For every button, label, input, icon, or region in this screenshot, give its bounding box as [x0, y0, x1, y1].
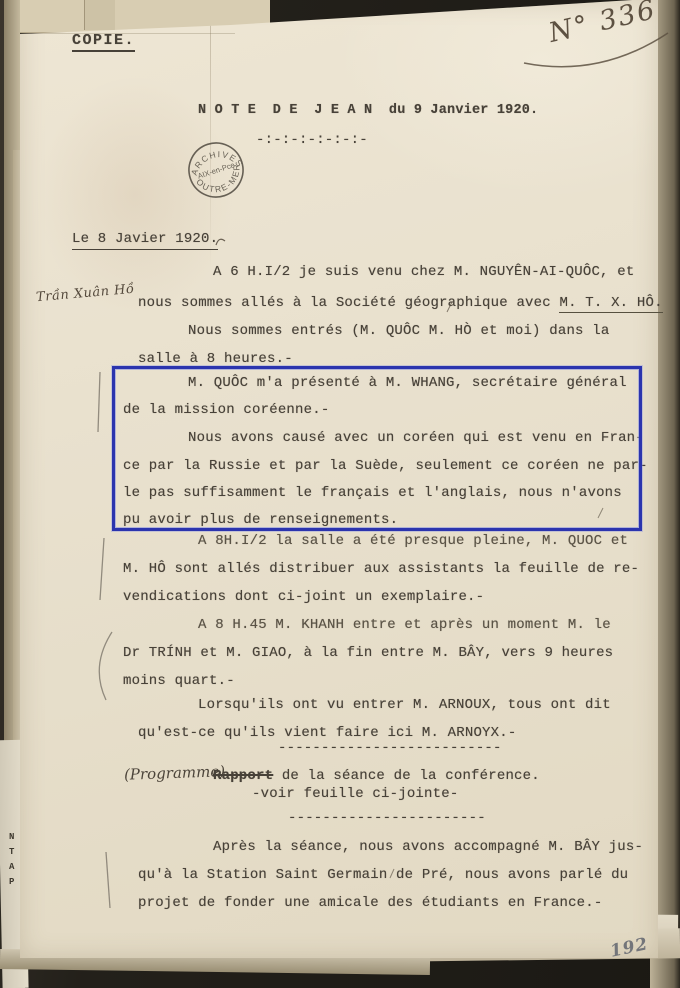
body-line: Nous sommes entrés (M. QUÔC M. HÒ et moi… [188, 323, 609, 339]
highlight-line: M. QUÔC m'a présenté à M. WHANG, secréta… [188, 375, 627, 391]
highlight-line: pu avoir plus de renseignements. [123, 512, 398, 528]
highlight-line: de la mission coréenne.- [123, 402, 329, 418]
highlight-line: ce par la Russie et par la Suède, seulem… [123, 458, 648, 474]
dashed-separator: -------------------------- [278, 740, 502, 756]
page-title: N O T E D E J E A N du 9 Janvier 1920. [198, 103, 538, 118]
under-sheet-edge [84, 0, 115, 30]
edge-letter: A [9, 862, 14, 872]
underlined-name: M. T. X. HÔ. [559, 295, 662, 313]
body-line: A 6 H.I/2 je suis venu chez M. NGUYÊN-AI… [213, 264, 634, 280]
report-line-text: de la séance de la conférence. [273, 768, 540, 784]
edge-letter: P [9, 877, 14, 887]
body-line: moins quart.- [123, 673, 235, 689]
copy-label: COPIE. [72, 32, 135, 52]
body-line: Dr TRÍNH et M. GIAO, à la fin entre M. B… [123, 645, 613, 661]
body-line: M. HÔ sont allés distribuer aux assistan… [123, 561, 639, 577]
body-line: vendications dont ci-joint un exemplaire… [123, 589, 484, 605]
body-line: qu'à la Station Saint Germain de Pré, no… [138, 867, 628, 883]
body-line: qu'est-ce qu'ils vient faire ici M. ARNO… [138, 725, 516, 741]
report-line: Rapport de la séance de la conférence. [213, 768, 540, 784]
archive-stamp: ARCHIVES AIX-en-Pce OUTRE-MER [174, 128, 258, 212]
highlight-line: Nous avons causé avec un coréen qui est … [188, 430, 644, 446]
edge-letter: T [9, 847, 14, 857]
title-separator: -:-:-:-:-:-:- [256, 132, 368, 148]
body-line: nous sommes allés à la Société géographi… [138, 295, 663, 311]
body-line-text: nous sommes allés à la Société géographi… [138, 295, 559, 311]
report-subline: -voir feuille ci-jointe- [252, 786, 458, 802]
body-line: Après la séance, nous avons accompagné M… [213, 839, 643, 855]
body-line: Lorsqu'ils ont vu entrer M. ARNOUX, tous… [198, 697, 611, 713]
dashed-separator: ----------------------- [288, 810, 486, 826]
under-sheet-letters: N T A P [9, 832, 14, 887]
body-line: A 8H.I/2 la salle a été presque pleine, … [198, 533, 628, 549]
edge-letter: N [9, 832, 14, 842]
body-line: A 8 H.45 M. KHANH entre et après un mome… [198, 617, 611, 633]
body-line: salle à 8 heures.- [138, 351, 293, 367]
programme-note-handwritten: (Programme) [124, 762, 226, 784]
date-heading: Le 8 Javier 1920. [72, 231, 218, 250]
body-line: projet de fonder une amicale des étudian… [138, 895, 602, 911]
highlight-line: le pas suffisamment le français et l'ang… [123, 485, 622, 501]
struck-word: Rapport [213, 768, 273, 784]
scanned-document-photo: N T A P COPIE. N° 336 N O T E D E J E A … [0, 0, 680, 988]
